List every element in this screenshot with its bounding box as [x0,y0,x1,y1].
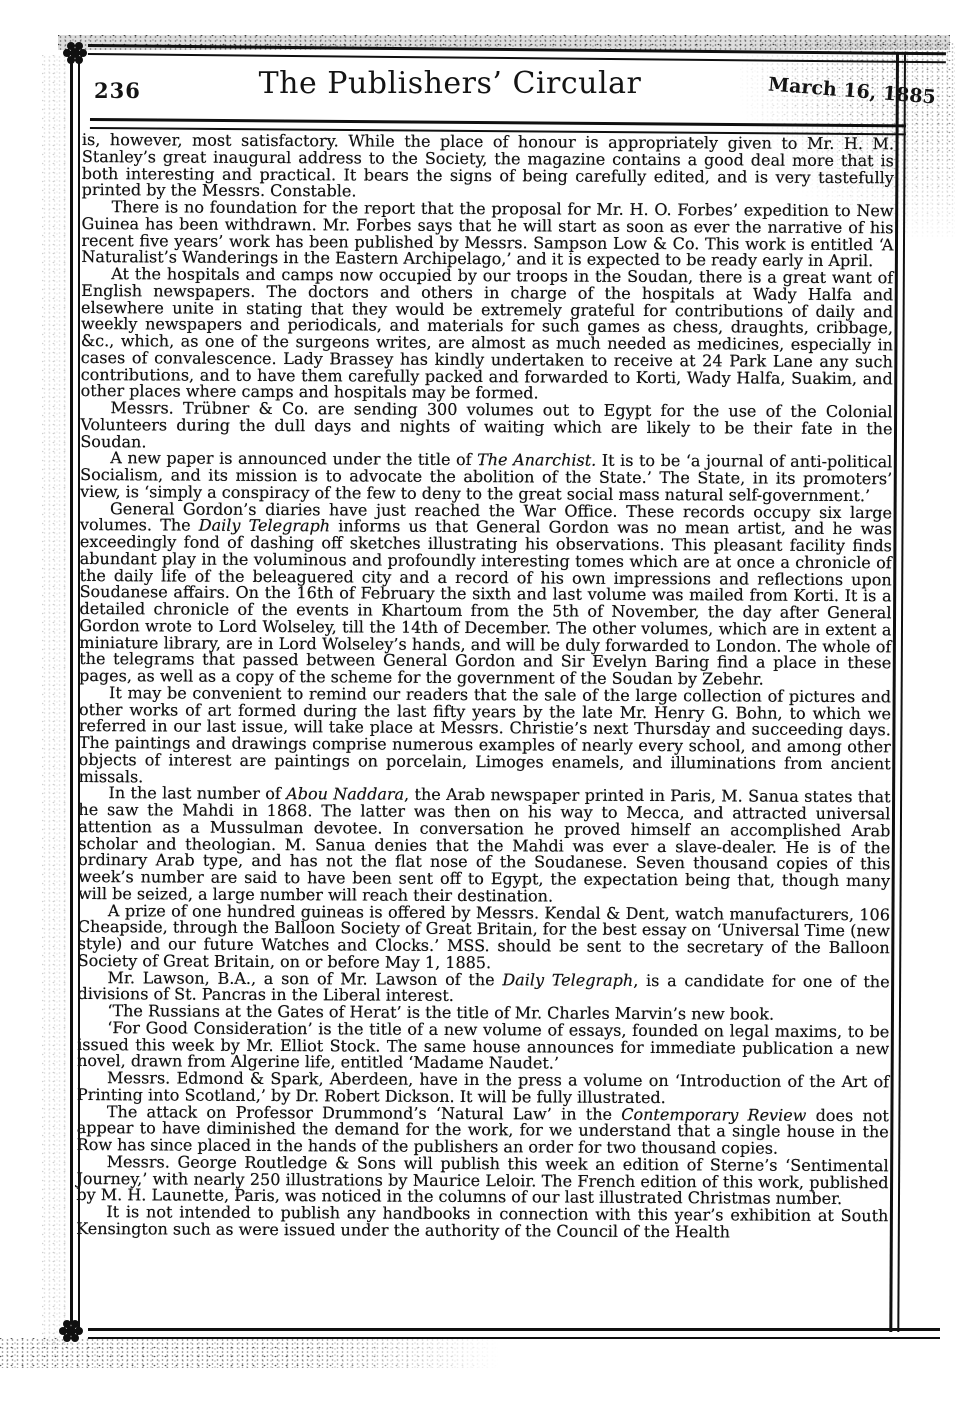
paragraph: The attack on Professor Drummond’s ‘Natu… [77,1103,889,1158]
paragraph-text: , the Arab newspaper printed in Paris, M… [78,785,891,905]
bottom-border-rule [88,1328,940,1339]
italic-title-text: Daily Telegraph [502,970,633,990]
paragraph-text: ‘For Good Consideration’ is the title of… [77,1018,889,1073]
paragraph-text: It is not intended to publish any handbo… [76,1202,888,1241]
page-title: The Publishers’ Circular [0,66,900,101]
paragraph: It may be convenient to remind our reade… [79,685,892,790]
paragraph-text: informs us that General Gordon was no me… [79,517,892,689]
scan-noise-left-edge [42,55,68,1345]
paragraph-text: A prize of one hundred guineas is offere… [78,901,890,972]
paragraph-text: At the hospitals and camps now occupied … [81,264,894,402]
paragraph: There is no foundation for the report th… [81,199,893,270]
paragraph-text: There is no foundation for the report th… [81,197,893,270]
paragraph: Messrs. George Routledge & Sons will pub… [76,1154,888,1209]
paragraph: ‘For Good Consideration’ is the title of… [77,1020,889,1075]
paragraph: It is not intended to publish any handbo… [76,1204,888,1242]
scan-noise-bottom-edge [0,1338,500,1368]
paragraph: At the hospitals and camps now occupied … [81,266,894,404]
top-left-rosette-ornament [70,48,80,58]
paragraph-text: It may be convenient to remind our reade… [79,683,892,786]
paragraph: In the last number of Abou Naddara, the … [78,785,891,907]
top-border-rule [88,44,946,63]
paragraph-text: Messrs. George Routledge & Sons will pub… [76,1152,888,1208]
paragraph-text: Messrs. Edmond & Spark, Aberdeen, have i… [77,1068,889,1107]
page-scan: { "page_header": { "page_number": "236",… [0,0,960,1403]
paragraph: General Gordon’s diaries have just reach… [79,500,892,688]
paragraph-text: Messrs. Trübner & Co. are sending 300 vo… [80,398,892,451]
paragraph: A new paper is announced under the title… [80,450,892,505]
bottom-left-rosette-ornament [66,1326,76,1336]
paragraph: Messrs. Trübner & Co. are sending 300 vo… [80,400,892,455]
paragraph: is, however, most satisfactory. While th… [82,132,894,203]
paragraph-text: is, however, most satisfactory. While th… [82,130,894,201]
paragraph: A prize of one hundred guineas is offere… [78,902,890,973]
article-body: is, however, most satisfactory. While th… [76,132,894,1242]
